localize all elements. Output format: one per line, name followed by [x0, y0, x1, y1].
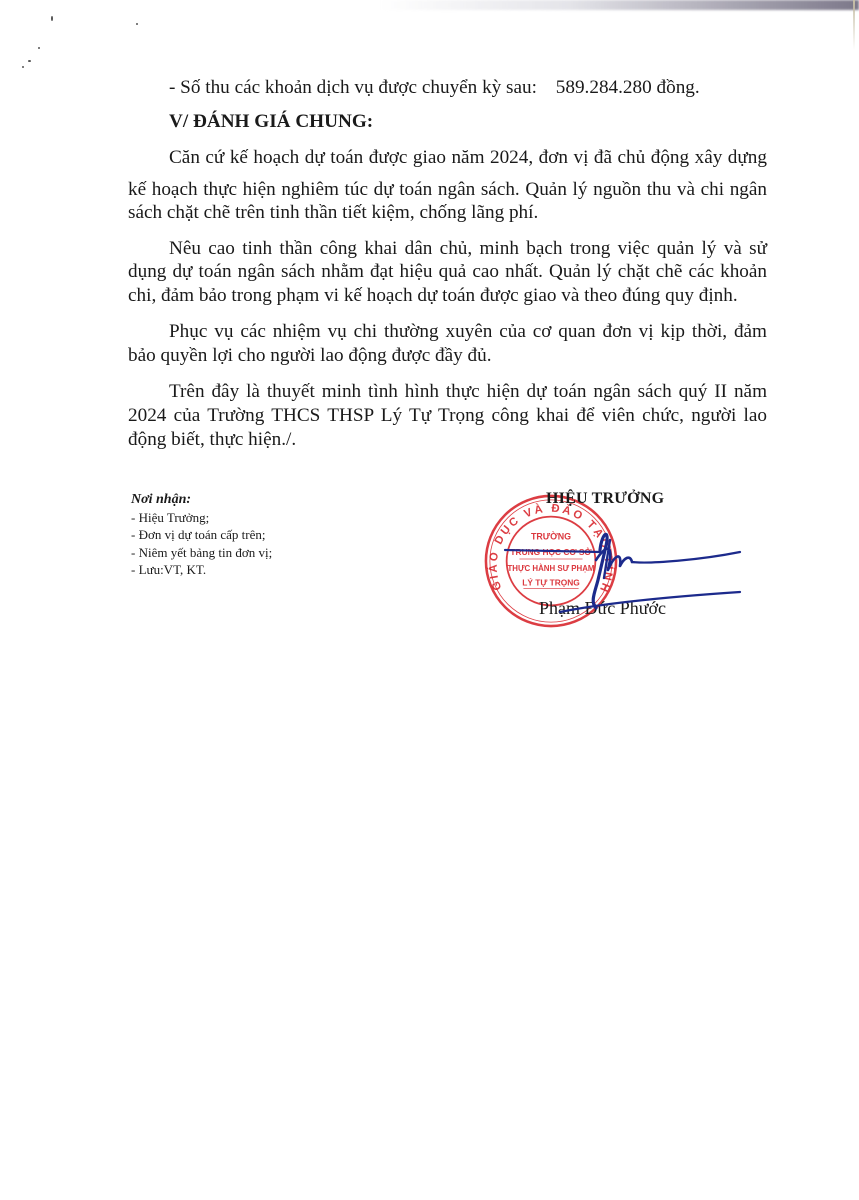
scan-speck: [22, 66, 24, 68]
paragraph-line: dụng dự toán ngân sách nhằm đạt hiệu quả…: [128, 260, 767, 284]
recipients-title: Nơi nhận:: [131, 491, 272, 509]
carryover-label: - Số thu các khoản dịch vụ được chuyển k…: [169, 77, 537, 98]
signature-title: HIỆU TRƯỞNG: [546, 490, 664, 508]
paragraph-line: Trên đây là thuyết minh tình hình thực h…: [169, 380, 767, 404]
scan-edge: [853, 0, 855, 50]
recipient-item: - Niêm yết bảng tin đơn vị;: [131, 544, 272, 562]
paragraph-line: Nêu cao tinh thần công khai dân chủ, min…: [169, 237, 767, 261]
scan-speck: [38, 47, 40, 49]
scan-speck: [136, 23, 138, 25]
recipient-item: - Đơn vị dự toán cấp trên;: [131, 526, 272, 544]
recipient-item: - Lưu:VT, KT.: [131, 561, 272, 579]
paragraph-line: Căn cứ kế hoạch dự toán được giao năm 20…: [169, 146, 767, 170]
section-heading: V/ ĐÁNH GIÁ CHUNG:: [169, 110, 373, 134]
paragraph-line: bảo quyền lợi cho người lao động được đầ…: [128, 344, 492, 368]
paragraph-line: 2024 của Trường THCS THSP Lý Tự Trọng cô…: [128, 404, 767, 428]
paragraph-line: động biết, thực hiện./.: [128, 428, 296, 452]
recipients-block: Nơi nhận: - Hiệu Trưởng; - Đơn vị dự toá…: [131, 491, 272, 579]
paragraph-line: chi, đảm bảo trong phạm vi kế hoạch dự t…: [128, 284, 738, 308]
carryover-amount: 589.284.280 đồng.: [556, 77, 700, 98]
recipient-item: - Hiệu Trưởng;: [131, 509, 272, 527]
carryover-line: - Số thu các khoản dịch vụ được chuyển k…: [169, 76, 700, 100]
paragraph-line: kế hoạch thực hiện nghiêm túc dự toán ng…: [128, 178, 767, 202]
paragraph-line: Phục vụ các nhiệm vụ chi thường xuyên củ…: [169, 320, 767, 344]
handwritten-signature-icon: [500, 520, 750, 620]
scan-speck: [51, 16, 53, 21]
scan-speck: [28, 60, 31, 62]
scan-shadow: [380, 0, 859, 10]
paragraph-line: sách chặt chẽ trên tinh thần tiết kiệm, …: [128, 201, 538, 225]
